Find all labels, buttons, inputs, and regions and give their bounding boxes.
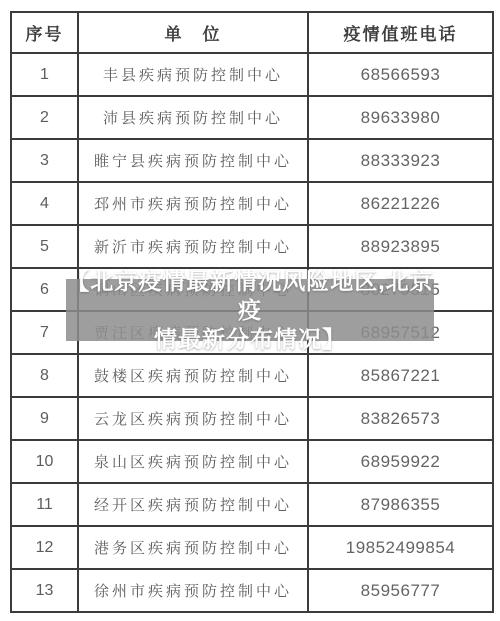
caption-line-1: 【北京疫情最新情况风险地区,北京疫	[66, 267, 434, 325]
row-unit: 沛县疾病预防控制中心	[78, 96, 308, 139]
row-phone: 68566593	[308, 53, 493, 96]
row-serial: 5	[11, 225, 78, 268]
row-serial: 4	[11, 182, 78, 225]
row-phone: 88333923	[308, 139, 493, 182]
row-unit: 丰县疾病预防控制中心	[78, 53, 308, 96]
row-serial: 11	[11, 483, 78, 526]
caption-line-2: 情最新分布情况】	[66, 325, 434, 354]
row-phone: 68959922	[308, 440, 493, 483]
row-serial: 1	[11, 53, 78, 96]
row-phone: 88923895	[308, 225, 493, 268]
header-phone: 疫情值班电话	[308, 12, 493, 53]
header-serial: 序号	[11, 12, 78, 53]
table-row: 5 新沂市疾病预防控制中心 88923895	[11, 225, 493, 268]
row-unit: 港务区疾病预防控制中心	[78, 526, 308, 569]
header-unit: 单 位	[78, 12, 308, 53]
table-row: 12 港务区疾病预防控制中心 19852499854	[11, 526, 493, 569]
row-phone: 19852499854	[308, 526, 493, 569]
row-serial: 2	[11, 96, 78, 139]
table-row: 4 邳州市疾病预防控制中心 86221226	[11, 182, 493, 225]
table-row: 10 泉山区疾病预防控制中心 68959922	[11, 440, 493, 483]
row-serial: 10	[11, 440, 78, 483]
row-phone: 85867221	[308, 354, 493, 397]
page: 序号 单 位 疫情值班电话 1 丰县疾病预防控制中心 68566593 2 沛县…	[0, 0, 500, 621]
row-unit: 新沂市疾病预防控制中心	[78, 225, 308, 268]
row-phone: 89633980	[308, 96, 493, 139]
row-unit: 睢宁县疾病预防控制中心	[78, 139, 308, 182]
caption-overlay: 【北京疫情最新情况风险地区,北京疫 情最新分布情况】	[66, 279, 434, 341]
row-serial: 13	[11, 569, 78, 612]
row-unit: 邳州市疾病预防控制中心	[78, 182, 308, 225]
header-row: 序号 单 位 疫情值班电话	[11, 12, 493, 53]
row-unit: 泉山区疾病预防控制中心	[78, 440, 308, 483]
row-unit: 徐州市疾病预防控制中心	[78, 569, 308, 612]
table-row: 1 丰县疾病预防控制中心 68566593	[11, 53, 493, 96]
table-row: 2 沛县疾病预防控制中心 89633980	[11, 96, 493, 139]
row-phone: 83826573	[308, 397, 493, 440]
row-phone: 85956777	[308, 569, 493, 612]
table-row: 13 徐州市疾病预防控制中心 85956777	[11, 569, 493, 612]
row-phone: 87986355	[308, 483, 493, 526]
row-serial: 12	[11, 526, 78, 569]
table-row: 9 云龙区疾病预防控制中心 83826573	[11, 397, 493, 440]
row-unit: 经开区疾病预防控制中心	[78, 483, 308, 526]
row-unit: 云龙区疾病预防控制中心	[78, 397, 308, 440]
table-row: 8 鼓楼区疾病预防控制中心 85867221	[11, 354, 493, 397]
row-unit: 鼓楼区疾病预防控制中心	[78, 354, 308, 397]
row-serial: 3	[11, 139, 78, 182]
row-phone: 86221226	[308, 182, 493, 225]
row-serial: 8	[11, 354, 78, 397]
table-row: 3 睢宁县疾病预防控制中心 88333923	[11, 139, 493, 182]
row-serial: 9	[11, 397, 78, 440]
table-row: 11 经开区疾病预防控制中心 87986355	[11, 483, 493, 526]
